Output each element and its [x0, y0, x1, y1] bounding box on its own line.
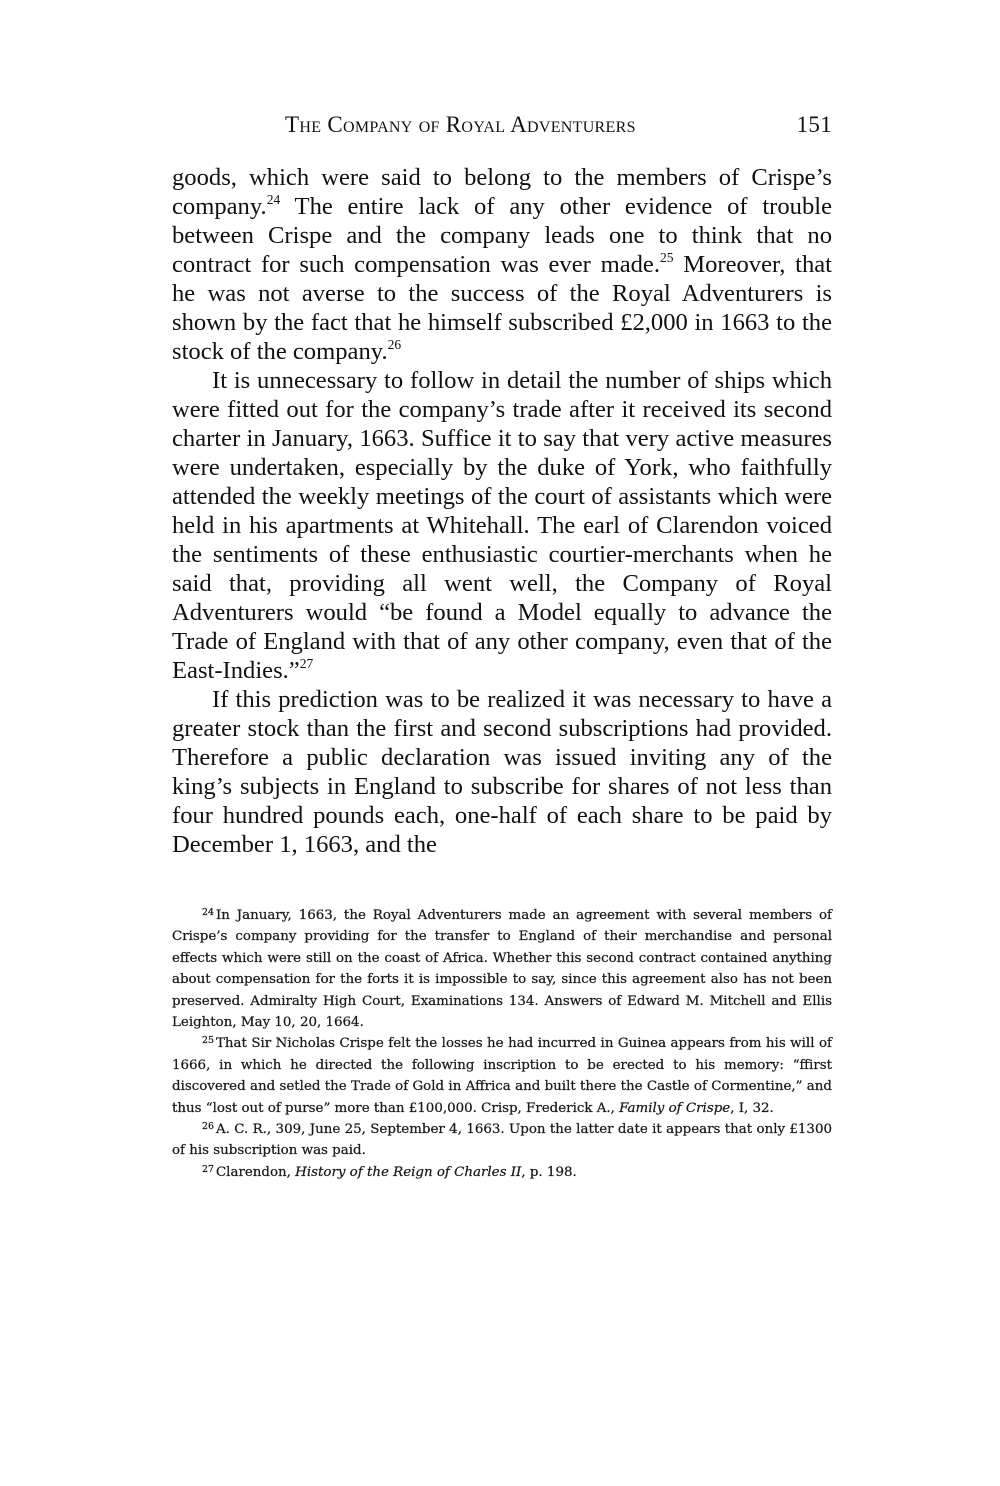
footnote-reference: 27 — [300, 656, 314, 671]
page-number: 151 — [797, 112, 832, 138]
footnote: 24In January, 1663, the Royal Adventurer… — [172, 905, 832, 1033]
footnote: 26A. C. R., 309, June 25, September 4, 1… — [172, 1119, 832, 1162]
paragraph: If this prediction was to be realized it… — [172, 685, 832, 859]
footnote: 27Clarendon, History of the Reign of Cha… — [172, 1162, 832, 1183]
paragraph: goods, which were said to belong to the … — [172, 163, 832, 366]
footnote-reference: 25 — [660, 250, 674, 265]
running-head: The Company of Royal Adventurers 151 — [172, 112, 832, 142]
footnote-reference: 26 — [388, 337, 402, 352]
footnote-number: 25 — [202, 1035, 214, 1046]
body-text: goods, which were said to belong to the … — [172, 163, 832, 859]
italic-title: History of the Reign of Charles II — [295, 1165, 521, 1180]
footnote: 25That Sir Nicholas Crispe felt the loss… — [172, 1033, 832, 1119]
footnote-reference: 24 — [267, 192, 281, 207]
paragraph: It is unnecessary to follow in detail th… — [172, 366, 832, 685]
footnotes: 24In January, 1663, the Royal Adventurer… — [172, 905, 832, 1183]
footnote-number: 26 — [202, 1121, 214, 1132]
italic-title: Family of Crispe — [619, 1101, 730, 1116]
footnote-number: 27 — [202, 1164, 214, 1175]
footnote-number: 24 — [202, 907, 214, 918]
running-title: The Company of Royal Adventurers — [285, 112, 636, 138]
